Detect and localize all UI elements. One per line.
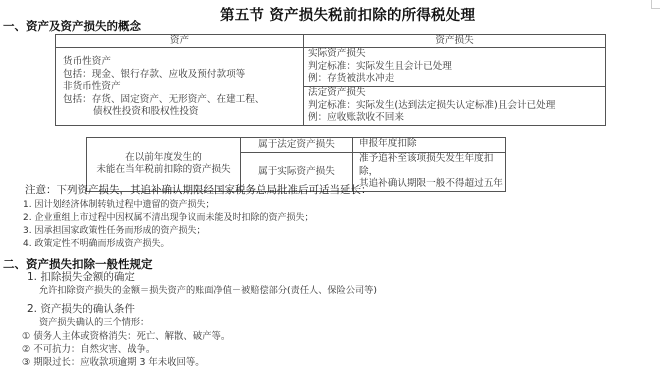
prior-year-loss-label: 在以前年度发生的 未能在当年税前扣除的资产损失 xyxy=(87,138,241,192)
treatment-line: 申报年度扣除 xyxy=(359,138,505,151)
sub2-title: 2. 资产损失的确认条件 xyxy=(27,303,135,316)
sub1-title: 1. 扣除损失金额的确定 xyxy=(27,271,135,284)
page-title: 第五节 资产损失税前扣除的所得税处理 xyxy=(220,4,475,25)
asset-line: 包括：存货、固定资产、无形资产、在建工程、 xyxy=(63,94,303,107)
table-header-asset: 资产 xyxy=(56,35,304,48)
asset-line: 债权性投资和股权性投资 xyxy=(63,106,303,119)
sub2-intro: 资产损失确认的三个情形： xyxy=(39,317,149,330)
condition-item: ② 不可抗力：自然灾害、战争。 xyxy=(22,344,155,357)
table-header-asset-loss: 资产损失 xyxy=(304,35,606,48)
statutory-loss-name: 法定资产损失 xyxy=(308,87,605,100)
note-item: 4. 政策定性不明确而形成资产损失。 xyxy=(23,238,169,251)
row-label-line: 未能在当年税前扣除的资产损失 xyxy=(87,164,240,177)
statutory-loss-cell: 法定资产损失 判定标准：实际发生(达到法定损失认定标准)且会计已处理 例：应收账… xyxy=(304,87,606,126)
note-item: 1. 因计划经济体制转轨过程中遗留的资产损失； xyxy=(23,199,214,212)
asset-concept-table: 资产 资产损失 货币性资产 包括：现金、银行存款、应收及预付款项等 非货币性资产… xyxy=(55,34,606,126)
row-label-line: 在以前年度发生的 xyxy=(87,152,240,165)
note-item: 3. 因承担国家政策性任务而形成的资产损失； xyxy=(23,225,205,238)
asset-line: 货币性资产 xyxy=(63,56,303,69)
section1-heading: 一、资产及资产损失的概念 xyxy=(3,18,141,34)
note-intro: 注意：下列资产损失，其追补确认期限经国家税务总局批准后可适当延长： xyxy=(25,184,372,197)
statutory-loss-example: 例：应收账款收不回来 xyxy=(308,112,605,125)
actual-loss-example: 例：存货被洪水冲走 xyxy=(308,73,605,86)
loss-amount-formula: 允许扣除资产损失的金额＝损失资产的账面净值－被赔偿部分(责任人、保险公司等) xyxy=(39,285,377,298)
treatment-cell: 准予追补至该项损失发生年度扣除， 其追补确认期限一般不得超过五年 xyxy=(353,153,506,192)
actual-loss-criteria: 判定标准：实际发生且会计已处理 xyxy=(308,61,605,74)
condition-item: ③ 期限过长：应收款项逾期 3 年未收回等。 xyxy=(22,357,205,370)
statutory-loss-criteria: 判定标准：实际发生(达到法定损失认定标准)且会计已处理 xyxy=(308,100,605,113)
asset-line: 包括：现金、银行存款、应收及预付款项等 xyxy=(63,69,303,82)
treatment-line: 其追补确认期限一般不得超过五年 xyxy=(359,178,505,191)
actual-loss-cell: 实际资产损失 判定标准：实际发生且会计已处理 例：存货被洪水冲走 xyxy=(304,48,606,87)
loss-type-cell: 属于法定资产损失 xyxy=(241,138,353,153)
page-corner-mark xyxy=(651,0,660,9)
asset-types-cell: 货币性资产 包括：现金、银行存款、应收及预付款项等 非货币性资产 包括：存货、固… xyxy=(56,48,304,126)
condition-item: ① 债务人主体或资格消失：死亡、解散、破产等。 xyxy=(22,331,230,344)
note-item: 2. 企业重组上市过程中因权属不清出现争议而未能及时扣除的资产损失； xyxy=(23,212,313,225)
treatment-line: 准予追补至该项损失发生年度扣除， xyxy=(359,153,505,178)
asset-line: 非货币性资产 xyxy=(63,81,303,94)
section2-heading: 二、资产损失扣除一般性规定 xyxy=(3,256,153,272)
treatment-cell: 申报年度扣除 xyxy=(353,138,506,153)
actual-loss-name: 实际资产损失 xyxy=(308,48,605,61)
